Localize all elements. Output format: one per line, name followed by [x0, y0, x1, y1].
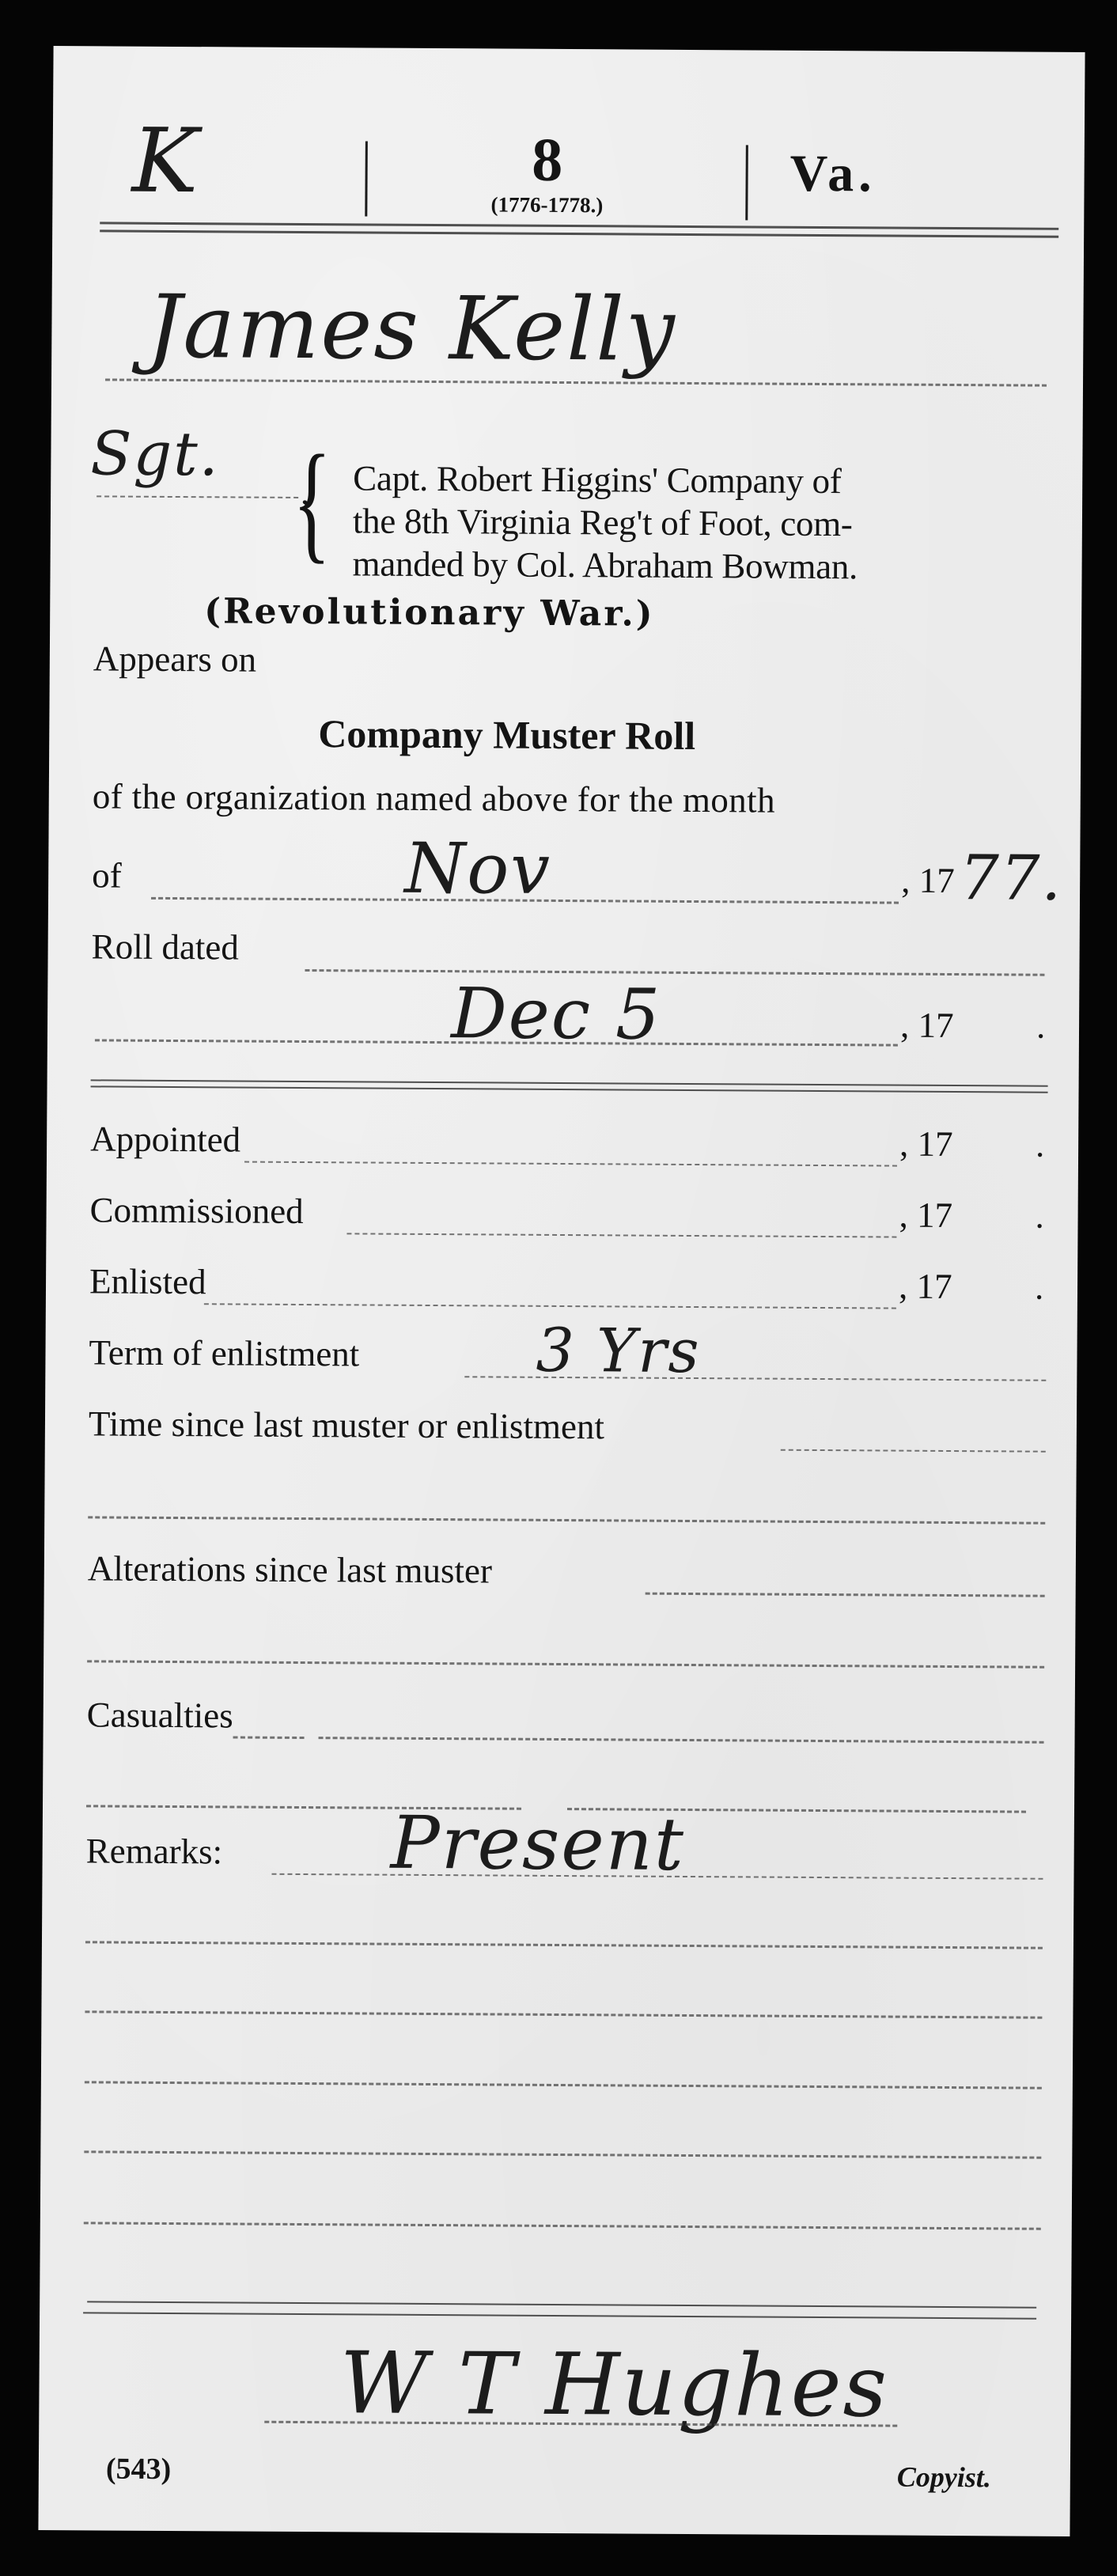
remarks-label: Remarks:: [86, 1830, 223, 1872]
roll-date-handwritten: Dec 5: [451, 972, 662, 1055]
term-label: Term of enlistment: [89, 1332, 359, 1374]
appointed-line: [244, 1161, 897, 1167]
commissioned-label: Commissioned: [89, 1189, 303, 1232]
unit-brace: {: [292, 426, 331, 578]
footer-rule-bottom: [83, 2312, 1036, 2319]
of-label: of: [92, 854, 122, 896]
casualties-label: Casualties: [87, 1694, 233, 1736]
header-rule-bottom: [100, 229, 1058, 237]
appointed-period: .: [1036, 1124, 1045, 1165]
time-since-line-2: [88, 1516, 1045, 1524]
enlisted-line: [204, 1303, 896, 1309]
enlisted-year-prefix: , 17: [899, 1266, 952, 1307]
header-rule-top: [100, 222, 1058, 229]
blank-line-4: [84, 2150, 1041, 2158]
appointed-label: Appointed: [90, 1118, 240, 1160]
alterations-line-2: [87, 1660, 1044, 1668]
commissioned-year-prefix: , 17: [899, 1195, 952, 1236]
casualties-line-long: [319, 1737, 1044, 1744]
unit-line-1: Capt. Robert Higgins' Company of: [353, 457, 842, 502]
footer-rule-top: [87, 2301, 1036, 2308]
term-handwritten: 3 Yrs: [536, 1315, 701, 1386]
blank-line-3: [85, 2081, 1042, 2089]
month-handwritten: Nov: [404, 828, 551, 910]
commissioned-period: .: [1035, 1195, 1044, 1237]
unit-line-3: manded by Col. Abraham Bowman.: [352, 543, 858, 587]
muster-roll-card: K 8 (1776-1778.) Va. James Kelly Sgt. , …: [38, 46, 1085, 2536]
section-rule-bottom: [91, 1085, 1048, 1093]
time-since-line-1: [781, 1449, 1046, 1453]
time-since-label: Time since last muster or enlistment: [89, 1403, 604, 1447]
commissioned-line: [346, 1233, 896, 1237]
casualties-line-short: [233, 1736, 305, 1739]
blank-line-2: [85, 2010, 1042, 2018]
roll-year-period: .: [1036, 1006, 1046, 1047]
month-year-prefix: , 17: [901, 860, 955, 901]
war-label: (Revolutionary War.): [204, 591, 655, 634]
blank-line-5: [84, 2222, 1041, 2229]
service-years: (1776-1778.): [432, 192, 661, 218]
section-rule-top: [91, 1079, 1048, 1086]
appears-on-label: Appears on: [93, 638, 257, 680]
enlisted-period: .: [1035, 1267, 1044, 1308]
header-divider-left: [365, 141, 368, 216]
remarks-handwritten: Present: [390, 1801, 685, 1887]
roll-dated-line-1: [305, 969, 1044, 976]
roll-type-title: Company Muster Roll: [318, 710, 695, 759]
form-number: (543): [106, 2452, 172, 2487]
file-letter-handwritten: K: [131, 110, 199, 214]
soldier-name-handwritten: James Kelly: [146, 276, 676, 381]
header-divider-right: [745, 145, 748, 220]
roll-year-prefix: , 17: [900, 1005, 954, 1046]
alterations-line-1: [646, 1593, 1045, 1597]
rank-handwritten: Sgt.: [90, 418, 220, 489]
enlisted-label: Enlisted: [89, 1260, 206, 1302]
month-year-suffix-handwritten: 77.: [960, 843, 1063, 915]
roll-dated-label: Roll dated: [91, 926, 239, 968]
rank-line: [97, 495, 298, 498]
blank-line-1: [85, 1941, 1043, 1949]
unit-line-2: the 8th Virginia Reg't of Foot, com-: [353, 500, 853, 544]
copyist-label: Copyist.: [897, 2460, 991, 2495]
organization-line: of the organization named above for the …: [93, 775, 775, 820]
state-label: Va.: [789, 144, 877, 205]
appointed-year-prefix: , 17: [899, 1123, 953, 1165]
alterations-label: Alterations since last muster: [88, 1547, 492, 1591]
regiment-number: 8: [483, 123, 611, 195]
